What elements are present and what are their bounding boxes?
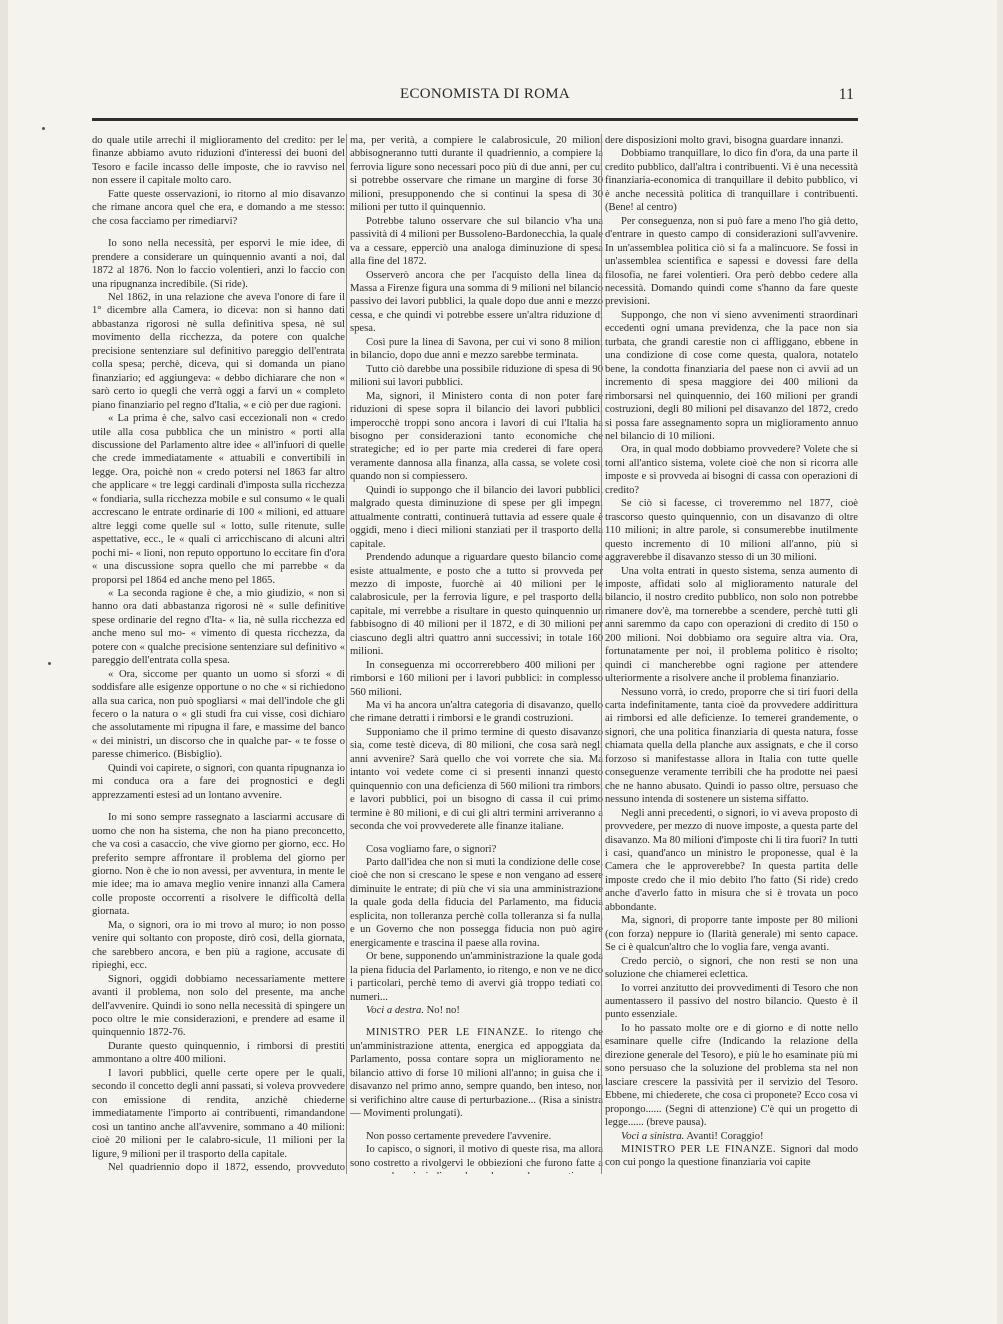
speaker-label: MINISTRO PER LE FINANZE. <box>621 1144 776 1155</box>
column-divider <box>346 134 347 1174</box>
paragraph: Ma, signori, il Ministero conta di non p… <box>350 390 603 484</box>
header-rule <box>92 118 858 121</box>
paragraph: Una volta entrati in questo sistema, sen… <box>605 565 858 686</box>
paragraph: Nessuno vorrà, io credo, proporre che si… <box>605 686 858 807</box>
paragraph: Così pure la linea di Savona, per cui vi… <box>350 336 603 363</box>
interjection-label: Voci a destra. <box>366 1005 424 1016</box>
paragraph: Negli anni precedenti, o signori, io vi … <box>605 807 858 915</box>
paragraph: ma, per verità, a compiere le calabrosic… <box>350 134 603 215</box>
paragraph: Prendendo adunque a riguardare questo bi… <box>350 551 603 659</box>
paragraph: Io capisco, o signori, il motivo di ques… <box>350 1143 603 1174</box>
interjection-label: Voci a sinistra. <box>621 1131 684 1142</box>
paragraph: Quindi voi capirete, o signori, con quan… <box>92 762 345 802</box>
text-column-2: ma, per verità, a compiere le calabrosic… <box>350 134 603 1174</box>
paragraph: Io mi sono sempre rassegnato a lasciarmi… <box>92 811 345 919</box>
paragraph: « La seconda ragione è che, a mio giudiz… <box>92 587 345 668</box>
text-column-1: do quale utile arrechi il miglioramento … <box>92 134 345 1174</box>
paragraph: In conseguenza mi occorrerebbero 400 mil… <box>350 659 603 699</box>
page-edge-right <box>997 0 1003 1324</box>
journal-title: ECONOMISTA DI ROMA <box>400 86 570 103</box>
page-header: ECONOMISTA DI ROMA 11 <box>92 86 854 108</box>
paragraph: Supponiamo che il primo termine di quest… <box>350 726 603 834</box>
paragraph: Nel quadriennio dopo il 1872, essendo, p… <box>92 1161 345 1174</box>
paragraph: Potrebbe taluno osservare che sul bilanc… <box>350 215 603 269</box>
paragraph: Fatte queste osservazioni, io ritorno al… <box>92 188 345 228</box>
paragraph: Quindi io suppongo che il bilancio dei l… <box>350 484 603 551</box>
paragraph: Io sono nella necessità, per esporvi le … <box>92 237 345 291</box>
paragraph: « Ora, siccome per quanto un uomo si sfo… <box>92 668 345 762</box>
paragraph: Ora, in qual modo dobbiamo provvedere? V… <box>605 443 858 497</box>
paragraph: Se ciò si facesse, ci troveremmo nel 187… <box>605 497 858 564</box>
margin-speck <box>48 662 51 665</box>
paragraph: Non posso certamente prevedere l'avvenir… <box>350 1130 603 1143</box>
paragraph: Or bene, supponendo un'amministrazione l… <box>350 950 603 1004</box>
paragraph: Io ho passato molte ore e di giorno e di… <box>605 1022 858 1130</box>
paragraph: Parto dall'idea che non si muti la condi… <box>350 856 603 950</box>
paragraph: Voci a sinistra. Avanti! Coraggio! <box>605 1130 858 1143</box>
paragraph: Durante questo quinquennio, i rimborsi d… <box>92 1040 345 1067</box>
page-number: 11 <box>839 86 854 104</box>
paragraph: Dobbiamo tranquillare, lo dico fin d'ora… <box>605 147 858 214</box>
paragraph: Ma vi ha ancora un'altra categoria di di… <box>350 699 603 726</box>
paragraph: Io vorrei anzitutto dei provvedimenti di… <box>605 982 858 1022</box>
paragraph: dere disposizioni molto gravi, bisogna g… <box>605 134 858 147</box>
paragraph: Cosa vogliamo fare, o signori? <box>350 843 603 856</box>
paragraph: Signori, oggidì dobbiamo necessariamente… <box>92 973 345 1040</box>
paragraph: MINISTRO PER LE FINANZE. Signori dal mod… <box>605 1143 858 1170</box>
column-divider <box>601 134 602 1174</box>
paragraph: Osserverò ancora che per l'acquisto dell… <box>350 269 603 336</box>
text-column-3: dere disposizioni molto gravi, bisogna g… <box>605 134 858 1174</box>
paragraph: Tutto ciò darebbe una possibile riduzion… <box>350 363 603 390</box>
paragraph: « La prima è che, salvo casi eccezionali… <box>92 412 345 587</box>
speaker-label: MINISTRO PER LE FINANZE. <box>366 1027 528 1038</box>
paragraph: MINISTRO PER LE FINANZE. Io ritengo che … <box>350 1026 603 1120</box>
paragraph: Ma, signori, di proporre tante imposte p… <box>605 914 858 954</box>
paragraph: Voci a destra. No! no! <box>350 1004 603 1017</box>
paragraph: do quale utile arrechi il miglioramento … <box>92 134 345 188</box>
paragraph: I lavori pubblici, quelle certe opere pe… <box>92 1067 345 1161</box>
margin-speck <box>42 127 45 130</box>
page-edge-left <box>0 0 8 1324</box>
paragraph: Nel 1862, in una relazione che aveva l'o… <box>92 291 345 412</box>
paragraph: Ma, o signori, ora io mi trovo al muro; … <box>92 919 345 973</box>
paragraph: Per conseguenza, non si può fare a meno … <box>605 215 858 309</box>
paragraph: Credo perciò, o signori, che non resti s… <box>605 955 858 982</box>
paragraph: Suppongo, che non vi sieno avvenimenti s… <box>605 309 858 444</box>
